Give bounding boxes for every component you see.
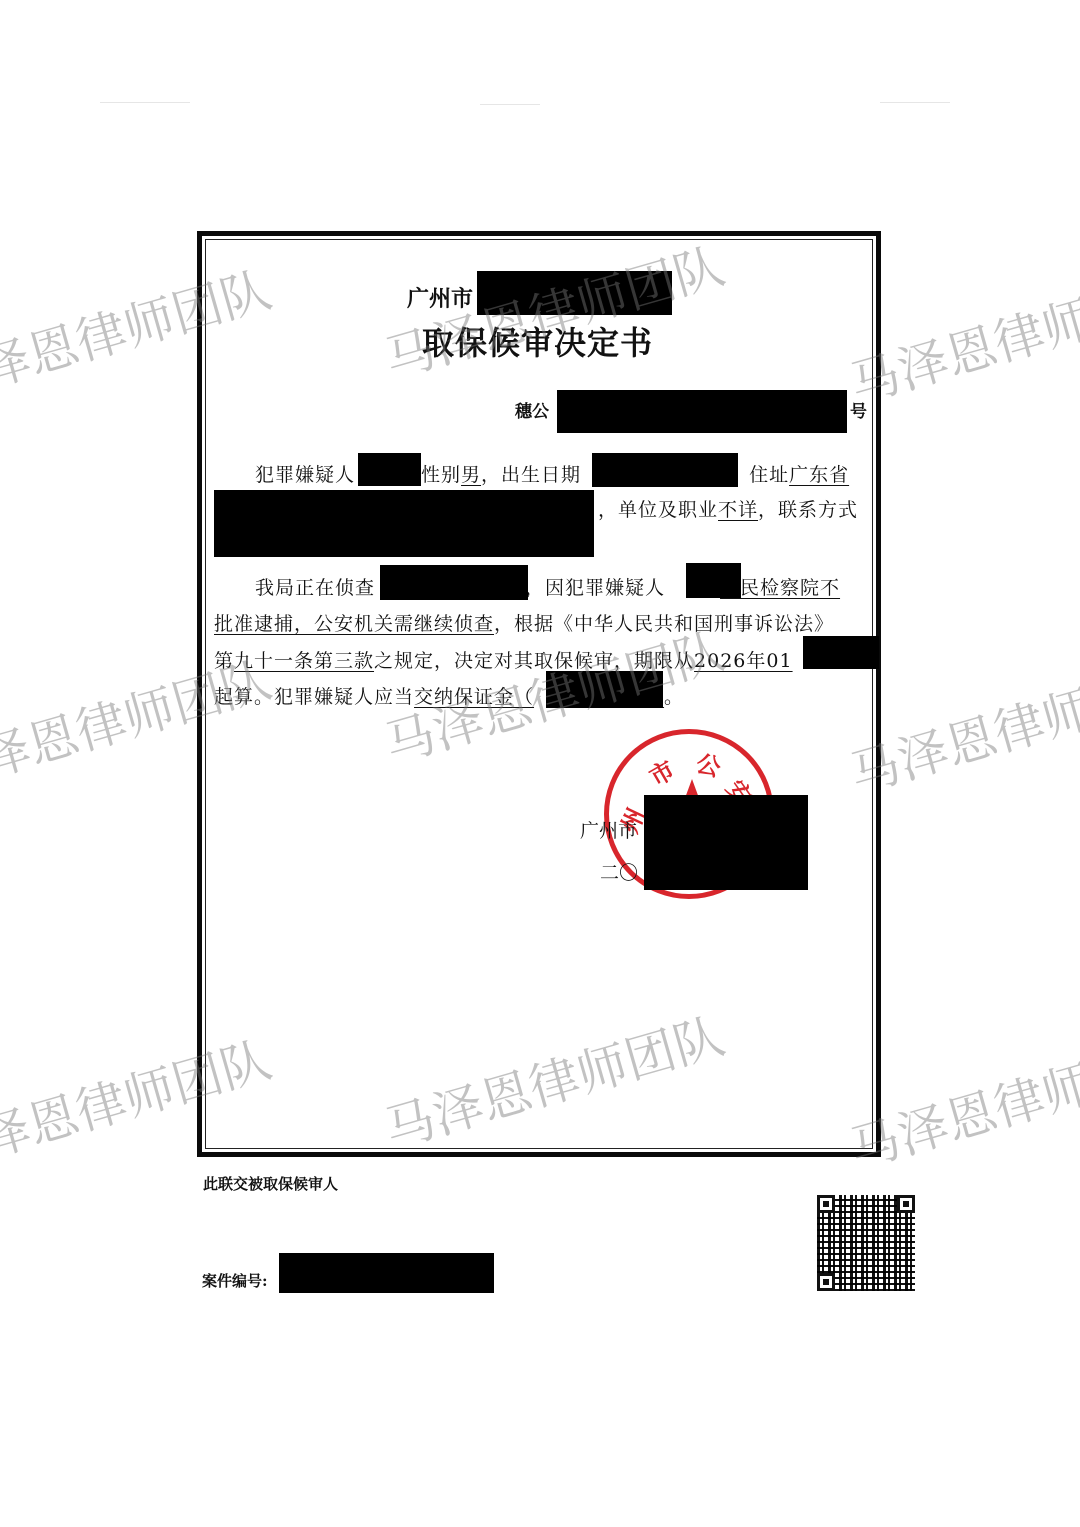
scan-artifact xyxy=(880,102,950,103)
case-number-label: 案件编号: xyxy=(202,1270,268,1291)
redacted-case-name xyxy=(380,565,528,600)
redacted-case-number xyxy=(279,1253,494,1293)
text-start-counting: 起算。犯罪嫌疑人应当 xyxy=(214,686,414,708)
label-birthdate: ，出生日期 xyxy=(481,464,581,486)
seal-char: 市 xyxy=(642,750,680,792)
redacted-suspect-name xyxy=(358,453,421,486)
redacted-date-range xyxy=(803,636,879,669)
value-province: 广东省 xyxy=(789,464,849,486)
redacted-birthdate xyxy=(592,453,738,487)
text-reason-part-2: 批准逮捕，公安机关需继续侦查 xyxy=(214,613,494,635)
value-gender: 男 xyxy=(461,464,481,486)
qr-finder-icon xyxy=(817,1273,835,1291)
label-contact: ，联系方式 xyxy=(758,499,858,521)
redacted-signature-and-date xyxy=(644,795,808,890)
redacted-bail-amount xyxy=(546,671,663,708)
redacted-document-number xyxy=(557,390,847,433)
label-address: ，住址 xyxy=(729,464,789,486)
text-bail-deposit: 交纳保证金（ xyxy=(414,686,534,708)
text-article-prefix: 第 xyxy=(214,650,234,672)
copy-recipient-note: 此联交被取保候审人 xyxy=(203,1173,338,1194)
label-suspect: 犯罪嫌疑人 xyxy=(255,464,355,486)
decision-line-1: 我局正在侦查，因犯罪嫌疑人人民检察院不 xyxy=(255,573,840,600)
issuing-agency-prefix: 广州市 xyxy=(407,282,473,313)
document-title: 取保候审决定书 xyxy=(422,318,653,364)
text-because-suspect: ，因犯罪嫌疑人 xyxy=(525,577,665,599)
qr-finder-icon xyxy=(817,1195,835,1213)
scan-artifact xyxy=(480,104,540,105)
scan-artifact xyxy=(100,102,190,103)
decision-line-2: 批准逮捕，公安机关需继续侦查，根据《中华人民共和国刑事诉讼法》 xyxy=(214,609,834,636)
signature-date-prefix: 二〇 xyxy=(600,858,638,885)
suspect-info-line-2: ，单位及职业不详，联系方式 xyxy=(598,495,858,522)
qr-finder-icon xyxy=(897,1195,915,1213)
redacted-suspect-name-2 xyxy=(686,563,741,598)
label-gender: 性别 xyxy=(421,464,461,486)
qr-code[interactable] xyxy=(817,1195,915,1291)
document-number-prefix: 穗公 xyxy=(515,397,549,422)
signature-agency-prefix: 广州市 xyxy=(580,816,637,843)
suspect-info-line-1: 犯罪嫌疑人性别男，出生日期，住址广东省 xyxy=(255,460,849,487)
redacted-address-contact xyxy=(214,490,594,557)
label-occupation: ，单位及职业 xyxy=(598,499,718,521)
decision-line-3: 第九十一条第三款之规定，决定对其取保候审，期限从2026年01 xyxy=(214,646,793,673)
text-legal-basis: ，根据《中华人民共和国刑事诉讼法》 xyxy=(494,613,834,635)
text-decision: 之规定，决定对其取保候审，期限从 xyxy=(374,650,694,672)
text-start-date: 2026年01 xyxy=(694,650,793,672)
value-occupation: 不详 xyxy=(718,499,758,521)
document-number-suffix: 号 xyxy=(850,397,867,422)
seal-char: 公 xyxy=(693,743,725,783)
text-article: 九十一条第三款 xyxy=(234,650,374,672)
text-investigating: 我局正在侦查 xyxy=(255,577,375,599)
redacted-agency-name xyxy=(477,271,672,315)
text-period: 。 xyxy=(664,686,684,708)
